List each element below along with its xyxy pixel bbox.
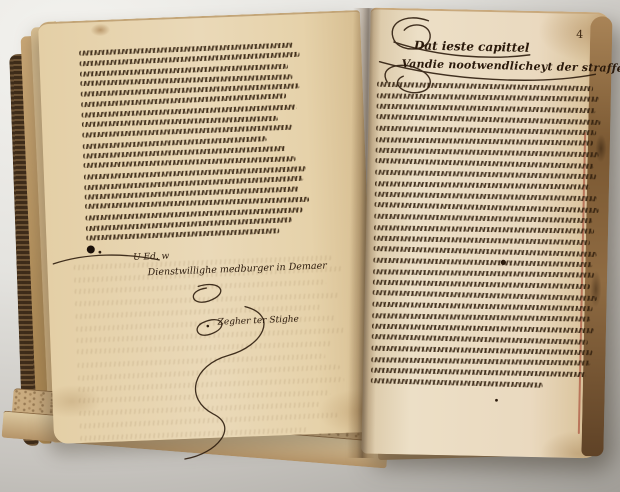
manuscript-text-line — [375, 181, 590, 189]
manuscript-text-line — [377, 93, 599, 101]
manuscript-text-line — [372, 346, 593, 356]
manuscript-text-line — [374, 236, 590, 246]
manuscript-text-line — [375, 192, 597, 202]
manuscript-text-line — [375, 202, 599, 213]
manuscript-text-line — [373, 280, 590, 290]
manuscript-text-line — [371, 368, 586, 378]
manuscript-text-line — [376, 148, 599, 158]
manuscript-text-line — [376, 126, 596, 136]
manuscript-text-line — [377, 104, 596, 114]
manuscript-text-line — [375, 158, 593, 169]
manuscript-text-line — [373, 258, 592, 268]
manuscript-text-line — [374, 225, 594, 233]
ink-blot-left — [87, 245, 95, 253]
manuscript-text-line — [373, 290, 597, 301]
manuscript-text-line — [374, 214, 592, 224]
signature-flourish — [38, 12, 377, 464]
manuscript-text-line — [372, 302, 592, 312]
manuscript-text-line — [372, 313, 590, 321]
manuscript-text-line — [376, 114, 600, 125]
manuscript-text-line — [372, 334, 588, 345]
photo-of-open-manuscript-book: U Ed. w Dienstwillighe medburger in Dema… — [0, 0, 620, 492]
manuscript-text-line — [374, 246, 597, 257]
manuscript-text-line — [376, 137, 593, 145]
manuscript-text-line — [372, 324, 594, 334]
left-manuscript-page: U Ed. w Dienstwillighe medburger in Dema… — [38, 10, 376, 444]
manuscript-text-line — [371, 378, 543, 388]
right-manuscript-page: 4 Dat ieste capittel Vandie nootwendlich… — [361, 8, 610, 459]
manuscript-text-line — [371, 357, 590, 365]
manuscript-text-line — [373, 269, 594, 277]
manuscript-text-line — [375, 170, 596, 180]
right-page-text-block — [371, 82, 601, 395]
